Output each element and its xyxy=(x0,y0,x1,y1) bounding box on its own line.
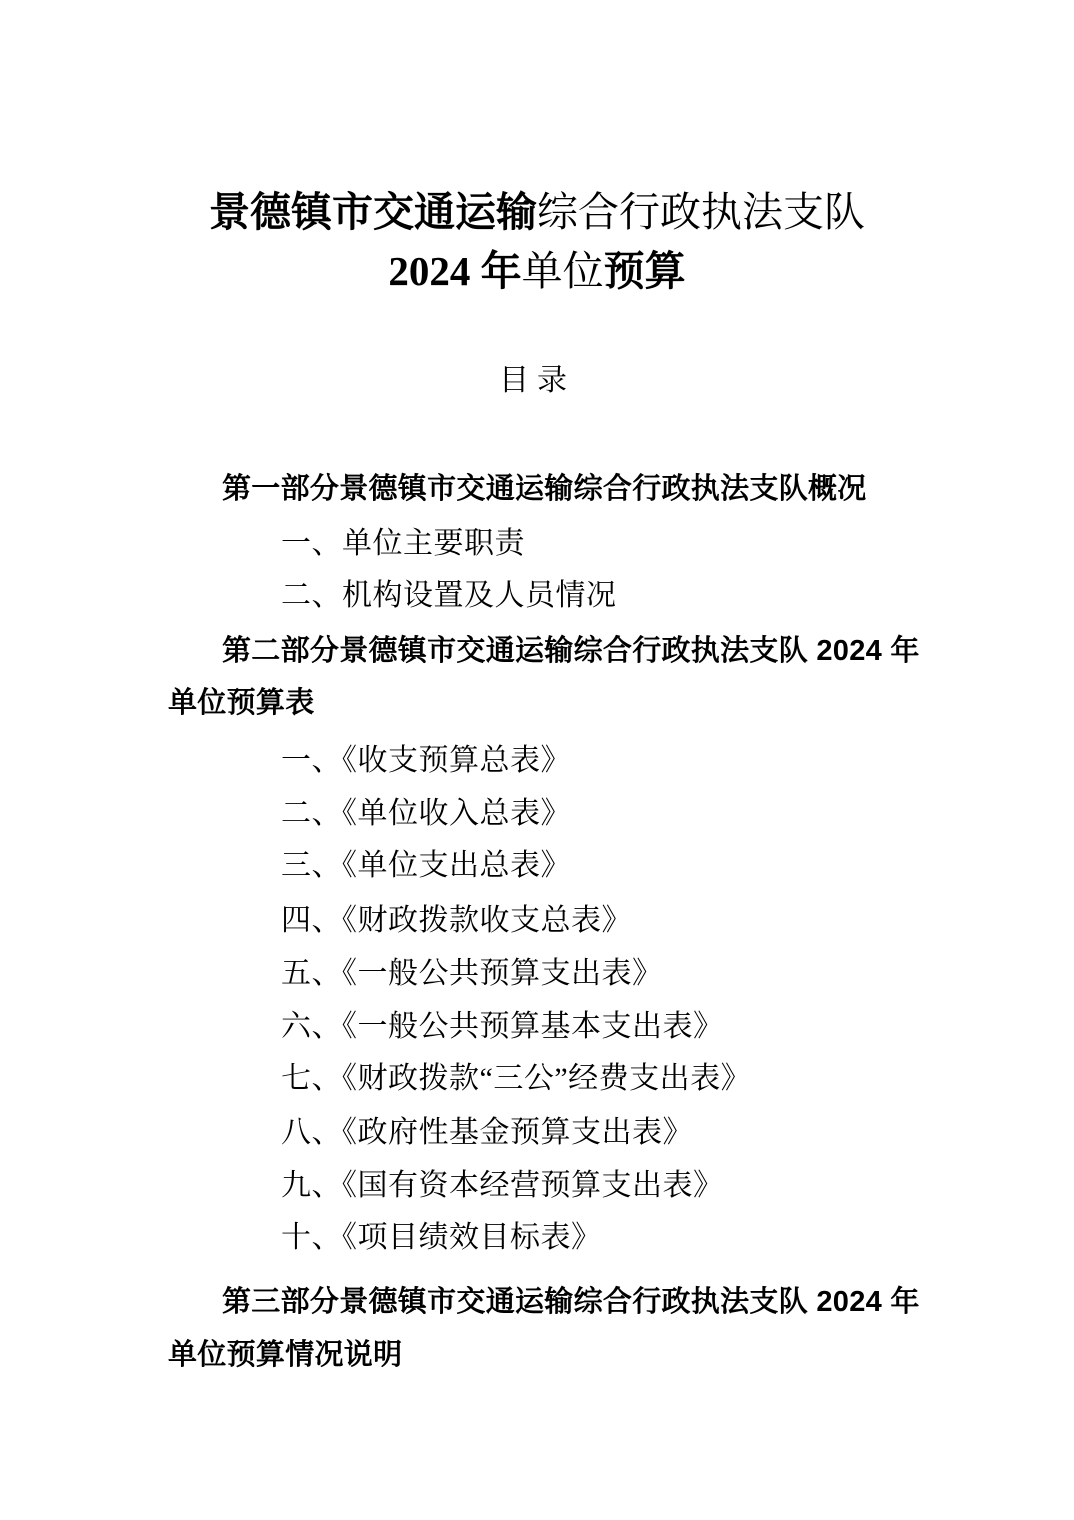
title-line2-unit-normal: 单位 xyxy=(522,248,604,294)
toc-item: 九、《国有资本经营预算支出表》 xyxy=(281,1169,724,1202)
toc-item: 四、《财政拨款收支总表》 xyxy=(281,904,632,937)
toc-item: 六、《一般公共预算基本支出表》 xyxy=(281,1010,724,1043)
title-line1-org-bold: 景德镇市交通运输 xyxy=(209,189,537,235)
section2-heading-line2: 单位预算表 xyxy=(168,688,315,720)
toc-item: 五、《一般公共预算支出表》 xyxy=(281,957,663,990)
toc-item: 十、《项目绩效目标表》 xyxy=(281,1221,602,1254)
section3-heading-line2: 单位预算情况说明 xyxy=(168,1340,402,1372)
toc-item: 二、《单位收入总表》 xyxy=(281,797,571,830)
title-line2-budget-bold: 预算 xyxy=(604,248,686,294)
toc-item: 七、《财政拨款“三公”经费支出表》 xyxy=(281,1062,751,1095)
document-title-line1: 景德镇市交通运输综合行政执法支队 xyxy=(0,190,1074,235)
toc-item: 八、《政府性基金预算支出表》 xyxy=(281,1116,693,1149)
document-title-line2: 2024 年单位预算 xyxy=(0,249,1074,294)
title-line2-year-bold: 2024 年 xyxy=(388,248,521,294)
toc-item: 一、《收支预算总表》 xyxy=(281,744,571,777)
section1-heading: 第一部分景德镇市交通运输综合行政执法支队概况 xyxy=(222,474,867,506)
section2-heading-line1: 第二部分景德镇市交通运输综合行政执法支队 2024 年 xyxy=(222,636,920,668)
toc-heading: 目录 xyxy=(0,365,1074,397)
toc-item: 一、单位主要职责 xyxy=(281,527,525,560)
title-line1-org-normal: 综合行政执法支队 xyxy=(537,189,865,235)
toc-item: 二、机构设置及人员情况 xyxy=(281,579,617,612)
budget-document-page: 景德镇市交通运输综合行政执法支队 2024 年单位预算 目录 第一部分景德镇市交… xyxy=(0,0,1074,1520)
section3-heading-line1: 第三部分景德镇市交通运输综合行政执法支队 2024 年 xyxy=(222,1287,920,1319)
toc-item: 三、《单位支出总表》 xyxy=(281,849,571,882)
